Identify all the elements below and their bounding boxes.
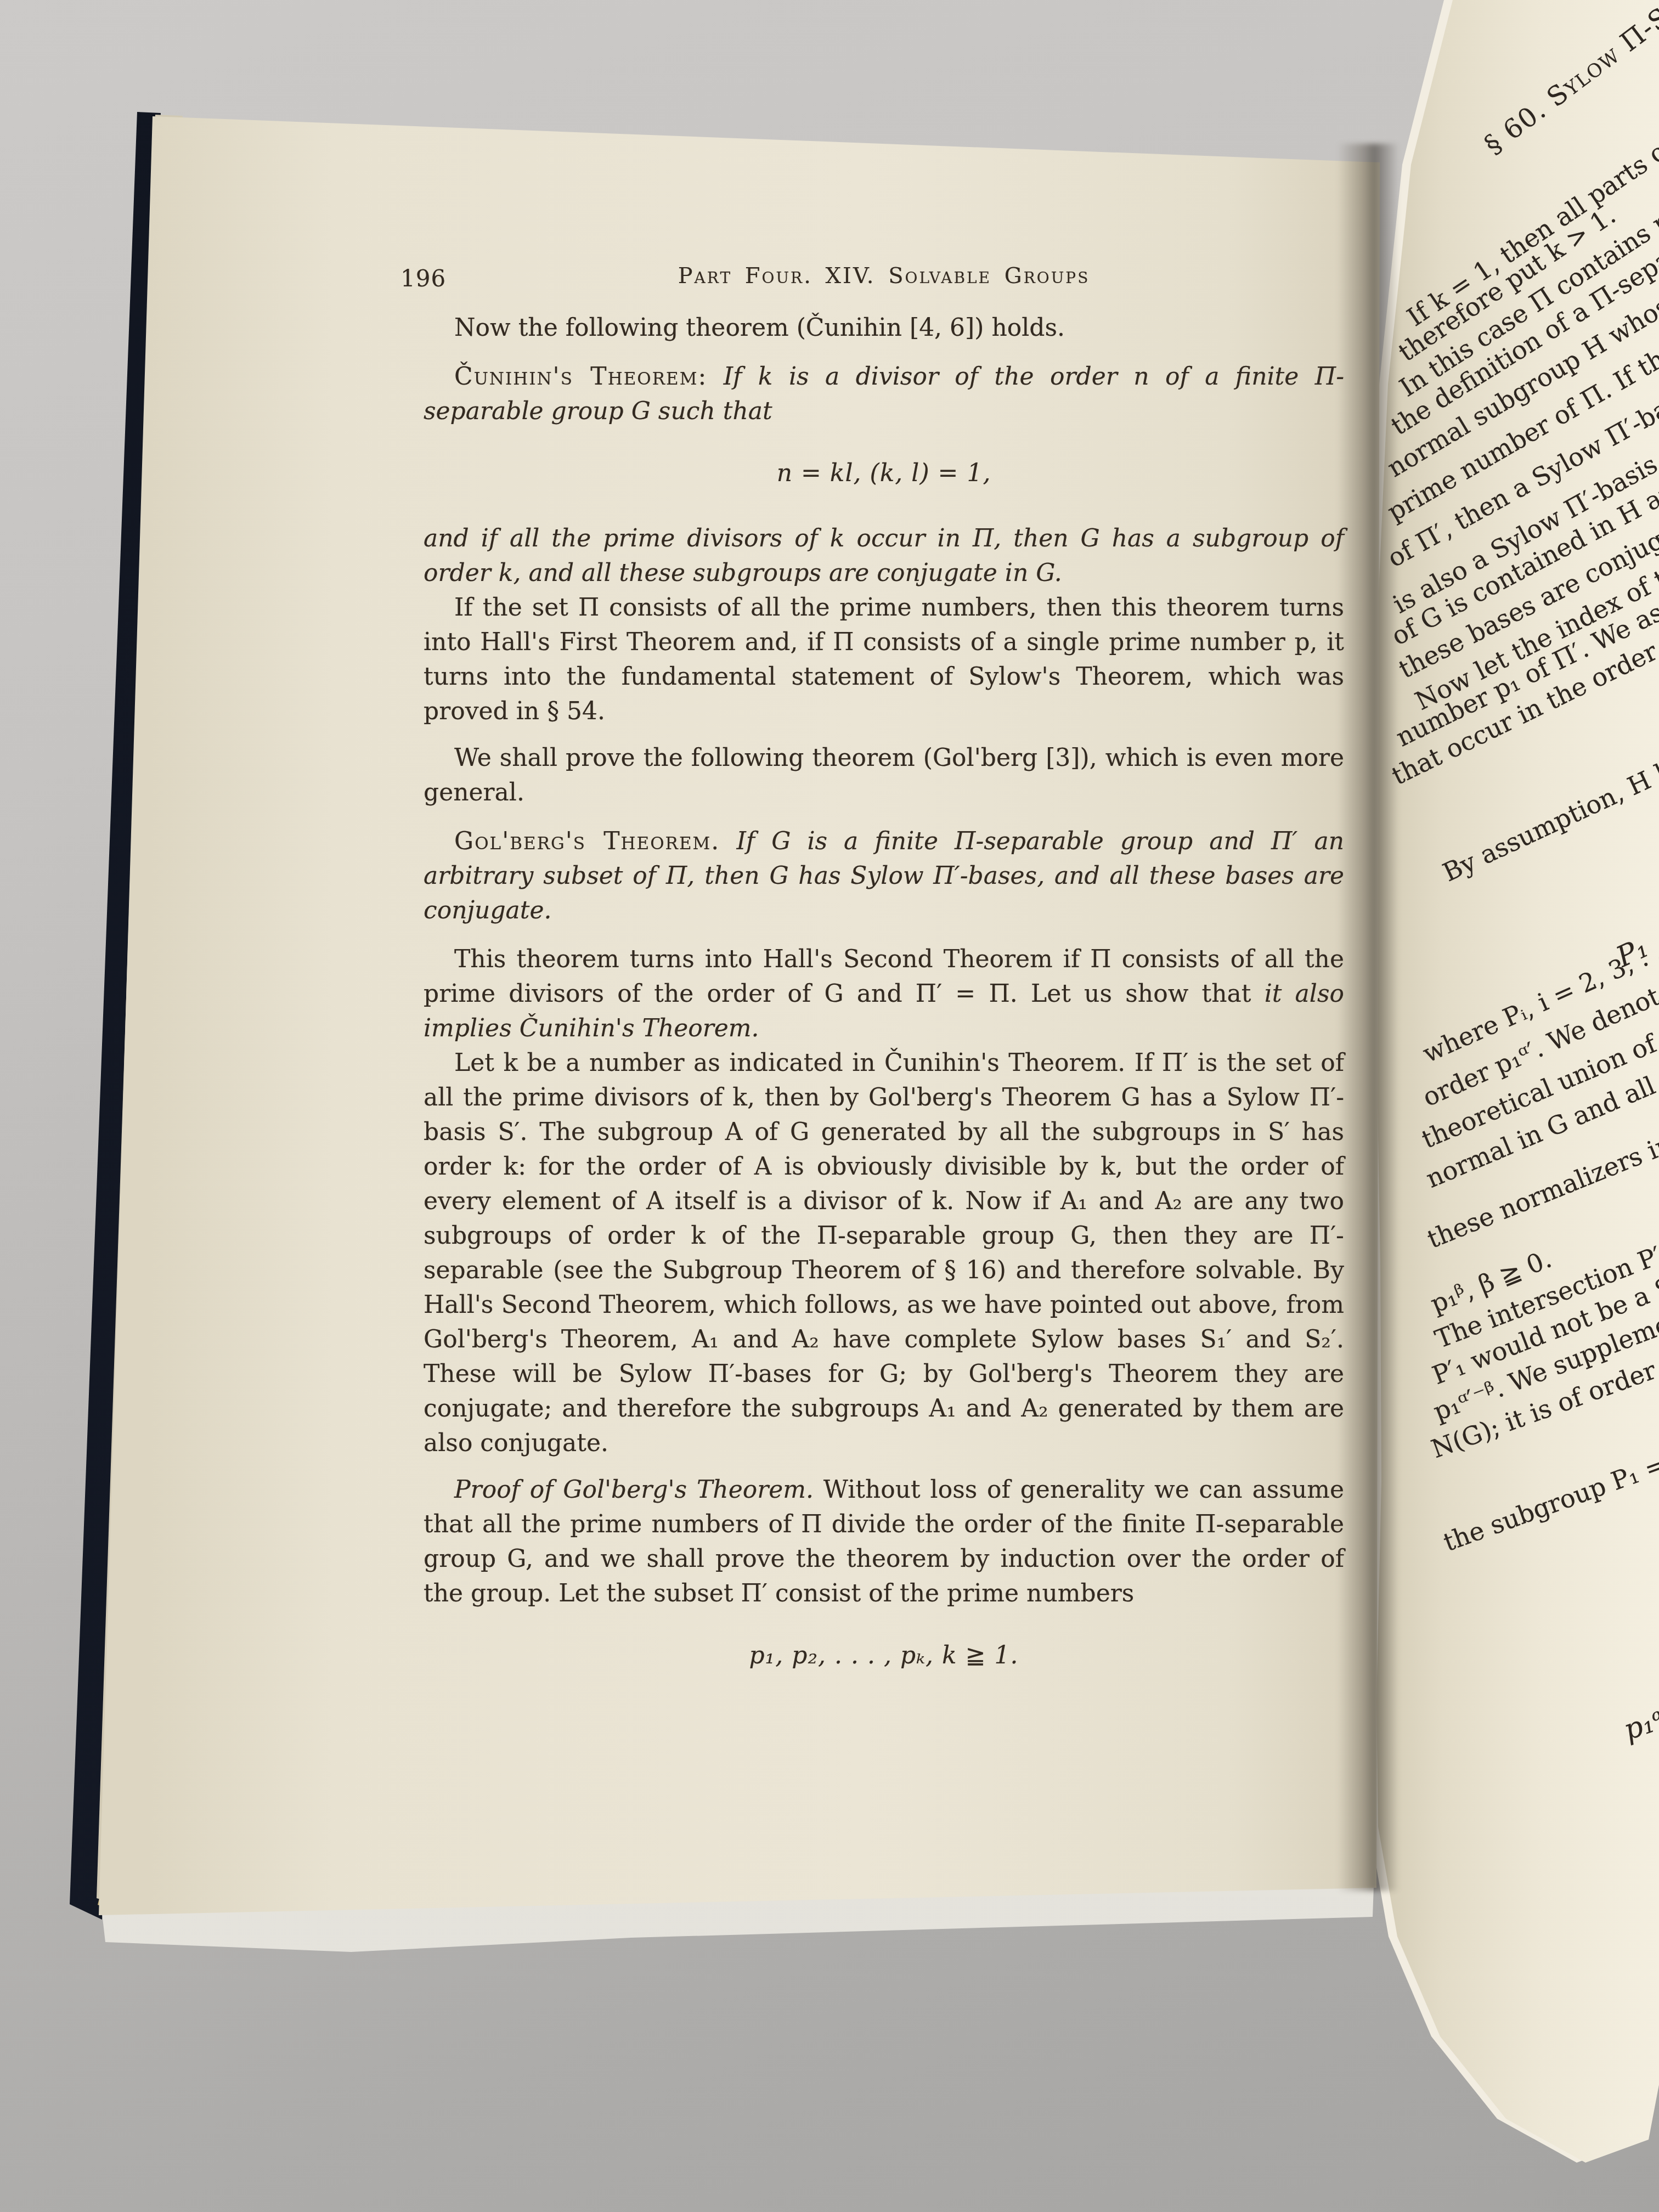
right-page-equation-fragment: p₁ᵅ′ <box>1620 1700 1659 1747</box>
paragraph-hall-first: If the set Π consists of all the prime n… <box>424 590 1344 729</box>
paragraph-let-k: Let k be a number as indicated in Čunihi… <box>424 1046 1344 1460</box>
gutter-shadow <box>1338 144 1399 1891</box>
paragraph-hall-second: This theorem turns into Hall's Second Th… <box>424 942 1344 1046</box>
paragraph-proof: Proof of Gol'berg's Theorem. Without los… <box>424 1472 1344 1611</box>
equation-primes: p₁, p₂, . . . , pₖ, k ≧ 1. <box>424 1638 1344 1673</box>
paragraph-intro: Now the following theorem (Čunihin [4, 6… <box>424 311 1344 345</box>
paragraph-cunihin-theorem: Čunihin's Theorem: If k is a divisor of … <box>424 359 1344 428</box>
left-page-text-block: 196 Part Four. XIV. Solvable Groups Now … <box>424 258 1344 1703</box>
running-head: Part Four. XIV. Solvable Groups <box>678 263 1090 289</box>
book-photo: § 60. Sylow Π-Su If k = 1, then all part… <box>0 0 1659 2212</box>
equation-n-kl: n = kl, (k, l) = 1, <box>424 456 1344 490</box>
right-page-section-heading: § 60. Sylow Π-Su <box>1479 0 1659 160</box>
paragraph-we-shall-prove: We shall prove the following theorem (Go… <box>424 741 1344 810</box>
paragraph-theorem-continuation: and if all the prime divisors of k occur… <box>424 521 1344 590</box>
running-head-row: 196 Part Four. XIV. Solvable Groups <box>424 258 1344 285</box>
paragraph-golberg-theorem: Gol'berg's Theorem. If G is a finite Π-s… <box>424 824 1344 928</box>
page-number: 196 <box>400 261 446 296</box>
